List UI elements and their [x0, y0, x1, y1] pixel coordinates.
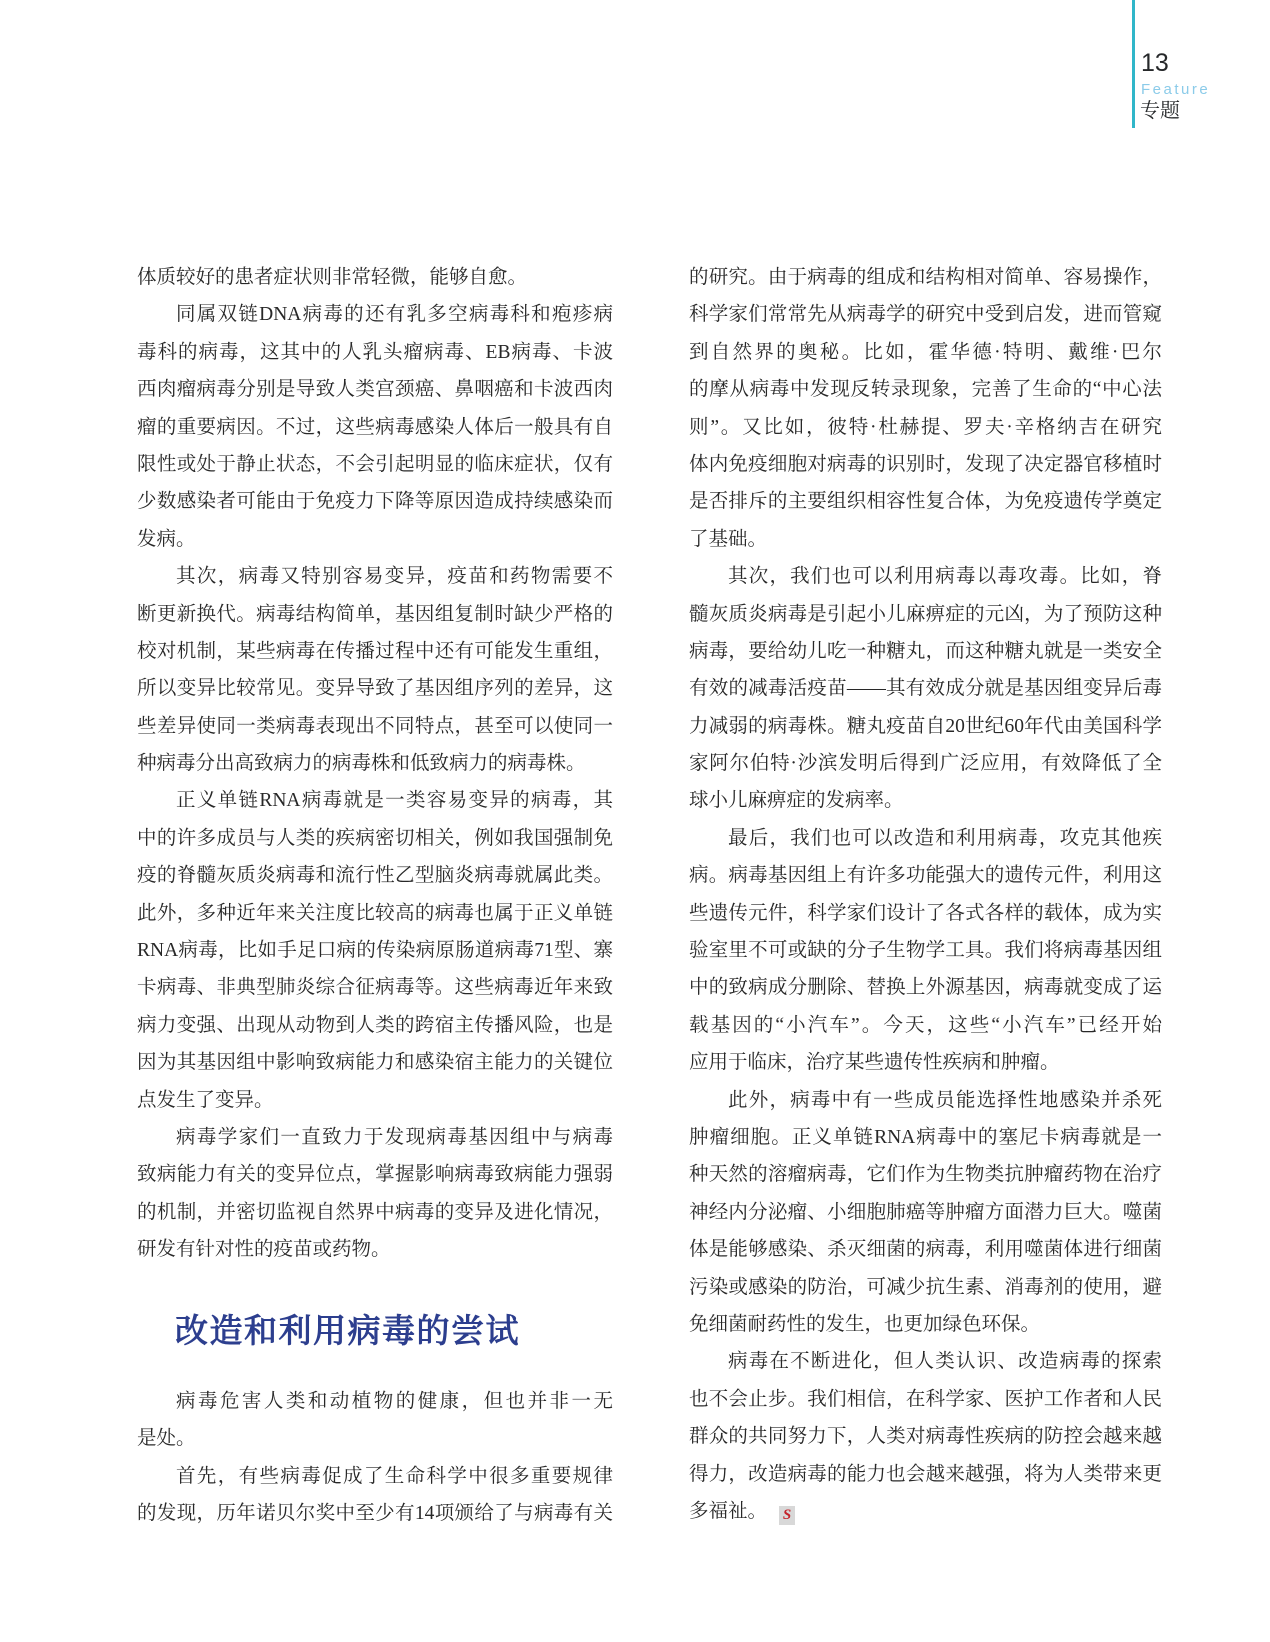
- text-line: 因为其基因组中影响致病能力和感染宿主能力的关键位: [137, 1044, 613, 1081]
- text-line: 中的许多成员与人类的疾病密切相关，例如我国强制免: [137, 820, 613, 857]
- text-line: 病毒危害人类和动植物的健康，但也并非一无: [137, 1383, 613, 1420]
- text-line: 得力，改造病毒的能力也会越来越强，将为人类带来更: [689, 1456, 1162, 1493]
- text-line: 首先，有些病毒促成了生命科学中很多重要规律: [137, 1458, 613, 1495]
- text-line: 疫的脊髓灰质炎病毒和流行性乙型脑炎病毒就属此类。: [137, 857, 613, 894]
- text-line: 种天然的溶瘤病毒，它们作为生物类抗肿瘤药物在治疗: [689, 1156, 1162, 1193]
- text-line: 所以变异比较常见。变异导致了基因组序列的差异，这: [137, 670, 613, 707]
- text-line: 限性或处于静止状态，不会引起明显的临床症状，仅有: [137, 446, 613, 483]
- text-line: 断更新换代。病毒结构简单，基因组复制时缺少严格的: [137, 596, 613, 633]
- header-accent-rule: [1132, 0, 1135, 128]
- text-line: 此外，病毒中有一些成员能选择性地感染并杀死: [689, 1082, 1162, 1119]
- text-line: 则”。又比如，彼特·杜赫提、罗夫·辛格纳吉在研究: [689, 409, 1162, 446]
- text-line: 些遗传元件，科学家们设计了各式各样的载体，成为实: [689, 895, 1162, 932]
- text-line: 正义单链RNA病毒就是一类容易变异的病毒，其: [137, 782, 613, 819]
- text-line: 到自然界的奥秘。比如，霍华德·特明、戴维·巴尔: [689, 334, 1162, 371]
- section-heading: 改造和利用病毒的尝试: [175, 1311, 520, 1351]
- text-line: 研发有针对性的疫苗或药物。: [137, 1231, 613, 1268]
- text-line: 应用于临床，治疗某些遗传性疾病和肿瘤。: [689, 1044, 1162, 1081]
- text-line: 点发生了变异。: [137, 1082, 613, 1119]
- text-line: 最后，我们也可以改造和利用病毒，攻克其他疾: [689, 820, 1162, 857]
- text-line: 是否排斥的主要组织相容性复合体，为免疫遗传学奠定: [689, 483, 1162, 520]
- text-line: 发病。: [137, 521, 613, 558]
- text-line: 毒科的病毒，这其中的人乳头瘤病毒、EB病毒、卡波: [137, 334, 613, 371]
- text-line: 污染或感染的防治，可减少抗生素、消毒剂的使用，避: [689, 1269, 1162, 1306]
- text-line: 的摩从病毒中发现反转录现象，完善了生命的“中心法: [689, 371, 1162, 408]
- article-end-mark: S: [779, 1506, 795, 1525]
- text-line: 中的致病成分删除、替换上外源基因，病毒就变成了运: [689, 969, 1162, 1006]
- text-line: 体是能够感染、杀灭细菌的病毒，利用噬菌体进行细菌: [689, 1231, 1162, 1268]
- text-line: 病毒，要给幼儿吃一种糖丸，而这种糖丸就是一类安全: [689, 633, 1162, 670]
- text-line: 载基因的“小汽车”。今天，这些“小汽车”已经开始: [689, 1007, 1162, 1044]
- text-line: 同属双链DNA病毒的还有乳多空病毒科和疱疹病: [137, 296, 613, 333]
- text-line: 种病毒分出高致病力的病毒株和低致病力的病毒株。: [137, 745, 613, 782]
- text-line: 此外，多种近年来关注度比较高的病毒也属于正义单链: [137, 895, 613, 932]
- text-line: 科学家们常常先从病毒学的研究中受到启发，进而管窥: [689, 296, 1162, 333]
- magazine-page: { "colors": { "accent_teal": "#30b6c9", …: [0, 0, 1270, 1642]
- text-line: 验室里不可或缺的分子生物学工具。我们将病毒基因组: [689, 932, 1162, 969]
- left-column-lower-text: 病毒危害人类和动植物的健康，但也并非一无是处。首先，有些病毒促成了生命科学中很多…: [137, 1383, 613, 1533]
- text-line: 病毒在不断进化，但人类认识、改造病毒的探索: [689, 1343, 1162, 1380]
- left-column-upper-text: 体质较好的患者症状则非常轻微，能够自愈。同属双链DNA病毒的还有乳多空病毒科和疱…: [137, 259, 613, 1269]
- text-line: 其次，病毒又特别容易变异，疫苗和药物需要不: [137, 558, 613, 595]
- text-line: RNA病毒，比如手足口病的传染病原肠道病毒71型、寨: [137, 932, 613, 969]
- text-line: 的发现，历年诺贝尔奖中至少有14项颁给了与病毒有关: [137, 1495, 613, 1532]
- text-line: 少数感染者可能由于免疫力下降等原因造成持续感染而: [137, 483, 613, 520]
- right-column-text: 的研究。由于病毒的组成和结构相对简单、容易操作，科学家们常常先从病毒学的研究中受…: [689, 259, 1162, 1530]
- text-line: 肿瘤细胞。正义单链RNA病毒中的塞尼卡病毒就是一: [689, 1119, 1162, 1156]
- text-line: 神经内分泌瘤、小细胞肺癌等肿瘤方面潜力巨大。噬菌: [689, 1194, 1162, 1231]
- text-line: 体内免疫细胞对病毒的识别时，发现了决定器官移植时: [689, 446, 1162, 483]
- text-line: 的机制，并密切监视自然界中病毒的变异及进化情况，: [137, 1194, 613, 1231]
- text-line: 病力变强、出现从动物到人类的跨宿主传播风险，也是: [137, 1007, 613, 1044]
- text-line: 卡病毒、非典型肺炎综合征病毒等。这些病毒近年来致: [137, 969, 613, 1006]
- text-line: 的研究。由于病毒的组成和结构相对简单、容易操作，: [689, 259, 1162, 296]
- text-line: 校对机制，某些病毒在传播过程中还有可能发生重组，: [137, 633, 613, 670]
- text-line: 其次，我们也可以利用病毒以毒攻毒。比如，脊: [689, 558, 1162, 595]
- text-line: 病。病毒基因组上有许多功能强大的遗传元件，利用这: [689, 857, 1162, 894]
- text-line: 病毒学家们一直致力于发现病毒基因组中与病毒: [137, 1119, 613, 1156]
- text-line: 多福祉。S: [689, 1493, 1162, 1530]
- text-line: 也不会止步。我们相信，在科学家、医护工作者和人民: [689, 1381, 1162, 1418]
- text-line: 家阿尔伯特·沙滨发明后得到广泛应用，有效降低了全: [689, 745, 1162, 782]
- section-label-zh: 专题: [1140, 100, 1180, 122]
- page-number: 13: [1141, 50, 1169, 76]
- text-line: 群众的共同努力下，人类对病毒性疾病的防控会越来越: [689, 1418, 1162, 1455]
- text-line: 力减弱的病毒株。糖丸疫苗自20世纪60年代由美国科学: [689, 708, 1162, 745]
- text-line: 些差异使同一类病毒表现出不同特点，甚至可以使同一: [137, 708, 613, 745]
- text-line: 了基础。: [689, 521, 1162, 558]
- section-label-en: Feature: [1141, 82, 1210, 98]
- text-line: 体质较好的患者症状则非常轻微，能够自愈。: [137, 259, 613, 296]
- text-line: 瘤的重要病因。不过，这些病毒感染人体后一般具有自: [137, 409, 613, 446]
- text-line: 是处。: [137, 1420, 613, 1457]
- text-line: 有效的减毒活疫苗——其有效成分就是基因组变异后毒: [689, 670, 1162, 707]
- text-line: 致病能力有关的变异位点，掌握影响病毒致病能力强弱: [137, 1156, 613, 1193]
- text-line: 西肉瘤病毒分别是导致人类宫颈癌、鼻咽癌和卡波西肉: [137, 371, 613, 408]
- text-line: 髓灰质炎病毒是引起小儿麻痹症的元凶，为了预防这种: [689, 596, 1162, 633]
- text-line: 球小儿麻痹症的发病率。: [689, 782, 1162, 819]
- text-line: 免细菌耐药性的发生，也更加绿色环保。: [689, 1306, 1162, 1343]
